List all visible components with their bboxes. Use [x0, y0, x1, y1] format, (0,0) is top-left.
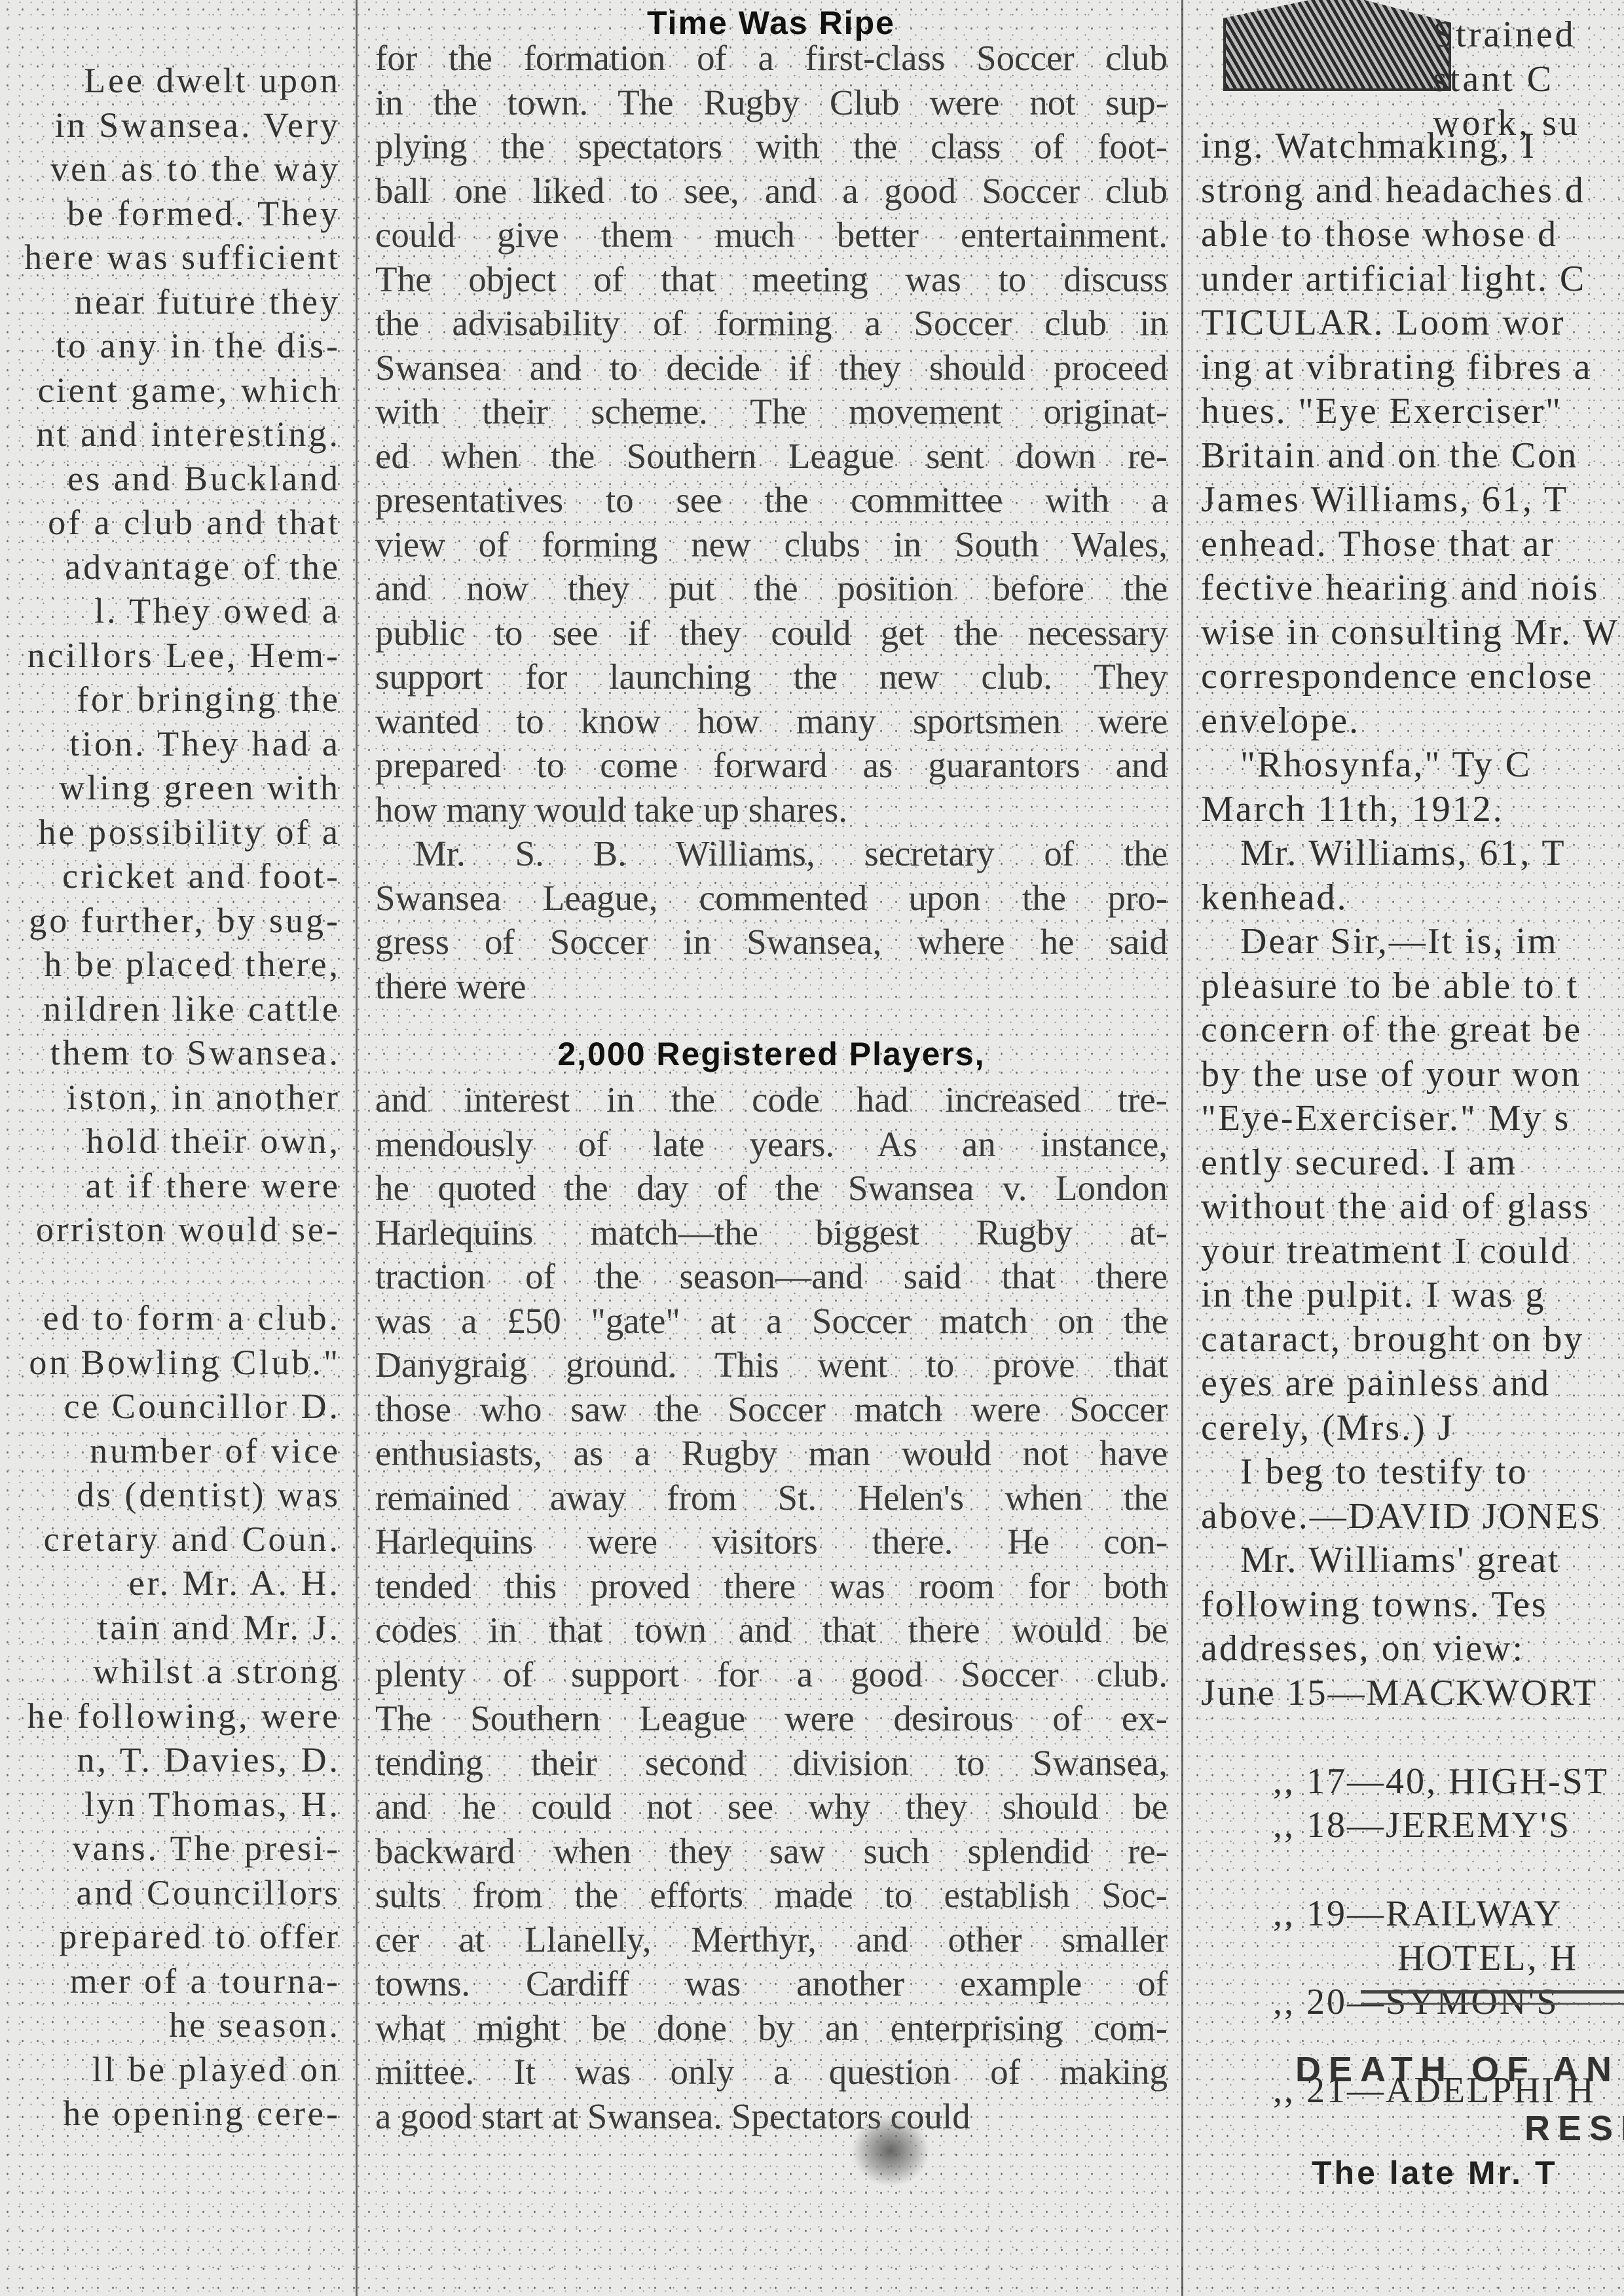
- text-line: tending their second division to Swansea…: [375, 1741, 1168, 1785]
- text-line: nildren like cattle: [0, 987, 341, 1032]
- text-line: those who saw the Soccer match were Socc…: [375, 1387, 1168, 1432]
- text-line: Mr. Williams, 61, T: [1201, 831, 1624, 876]
- text-line: fective hearing and nois: [1201, 566, 1624, 611]
- text-line: prepared to offer: [0, 1915, 341, 1959]
- text-line: following towns. Tes: [1201, 1583, 1624, 1628]
- text-line: h be placed there,: [0, 943, 341, 987]
- text-line: tion. They had a: [0, 722, 341, 767]
- text-line: concern of the great be: [1201, 1008, 1624, 1053]
- text-line: able to those whose d: [1201, 213, 1624, 257]
- text-line: ing at vibrating fibres a: [1201, 346, 1624, 390]
- paragraph-formation: for the formation of a first-class Socce…: [375, 36, 1168, 831]
- text-line: sults from the efforts made to establish…: [375, 1873, 1168, 1918]
- text-line: traction of the season—and said that the…: [375, 1254, 1168, 1299]
- text-line: mittee. It was only a question of making: [375, 2050, 1168, 2094]
- text-line: in the town. The Rugby Club were not sup…: [375, 81, 1168, 125]
- text-line: Mr. Williams' great: [1201, 1539, 1624, 1583]
- text-line: was a £50 "gate" at a Soccer match on th…: [375, 1299, 1168, 1343]
- text-line: and interest in the code had increased t…: [375, 1078, 1168, 1122]
- text-line: to any in the dis-: [0, 324, 341, 369]
- text-line: Lee dwelt upon: [0, 59, 341, 103]
- text-line: ,, 18—JEREMY'S: [1201, 1804, 1624, 1848]
- middle-column-text: for the formation of a first-class Socce…: [375, 36, 1168, 2138]
- text-line: cer at Llanelly, Merthyr, and other smal…: [375, 1918, 1168, 1962]
- text-line: ll be played on: [0, 2048, 341, 2092]
- text-line: es and Buckland: [0, 457, 341, 501]
- column-rule-right: [1181, 0, 1183, 2296]
- text-line: without the aid of glass: [1201, 1185, 1624, 1230]
- text-line: hold their own,: [0, 1120, 341, 1164]
- paragraph-williams: Mr. S. B. Williams, secretary of theSwan…: [375, 831, 1168, 1008]
- text-line: ds (dentist) was: [0, 1473, 341, 1518]
- text-line: there were: [375, 964, 1168, 1009]
- text-line: er. Mr. A. H.: [0, 1561, 341, 1606]
- text-line: and he could not see why they should be: [375, 1785, 1168, 1829]
- text-line: ,, 19—RAILWAY: [1201, 1892, 1624, 1937]
- text-line: could give them much better entertainmen…: [375, 213, 1168, 257]
- text-line: how many would take up shares.: [375, 788, 1168, 832]
- middle-column: Time Was Ripe for the formation of a fir…: [370, 0, 1172, 2296]
- text-line: what might be done by an enterprising co…: [375, 2006, 1168, 2050]
- text-line: advantage of the: [0, 545, 341, 590]
- text-line: ed when the Southern League sent down re…: [375, 434, 1168, 479]
- text-line: under artificial light. C: [1201, 257, 1624, 302]
- text-line: Danygraig ground. This went to prove tha…: [375, 1343, 1168, 1387]
- text-line: near future they: [0, 280, 341, 325]
- text-line: in Swansea. Very: [0, 103, 341, 148]
- text-line: a good start at Swansea. Spectators coul…: [375, 2094, 1168, 2139]
- text-line: mendously of late years. As an instance,: [375, 1122, 1168, 1167]
- text-line: for bringing the: [0, 678, 341, 722]
- text-line: Strained: [1433, 13, 1580, 58]
- text-line: hues. "Eye Exerciser": [1201, 390, 1624, 434]
- text-line: and now they put the position before the: [375, 566, 1168, 611]
- text-line: ncillors Lee, Hem-: [0, 634, 341, 678]
- text-line: [0, 1252, 341, 1297]
- text-line: backward when they saw such splendid re-: [375, 1829, 1168, 1874]
- text-line: your treatment I could: [1201, 1230, 1624, 1274]
- text-line: [1201, 1848, 1624, 1893]
- text-line: strong and headaches d: [1201, 169, 1624, 213]
- text-line: James Williams, 61, T: [1201, 478, 1624, 522]
- double-rule-divider: [1361, 1990, 1624, 2005]
- text-line: go further, by sug-: [0, 899, 341, 943]
- column-rule-left: [356, 0, 358, 2296]
- text-line: The Southern League were desirous of ex-: [375, 1696, 1168, 1741]
- text-line: plying the spectators with the class of …: [375, 124, 1168, 169]
- text-line: pleasure to be able to t: [1201, 964, 1624, 1009]
- text-line: ,, 17—40, HIGH-ST: [1201, 1760, 1624, 1804]
- text-line: remained away from St. Helen's when the: [375, 1476, 1168, 1520]
- text-line: the advisability of forming a Soccer clu…: [375, 301, 1168, 346]
- text-line: here was sufficient: [0, 236, 341, 280]
- text-line: wling green with: [0, 766, 341, 811]
- text-line: ce Councillor D.: [0, 1385, 341, 1429]
- text-line: vans. The presi-: [0, 1827, 341, 1871]
- text-line: Harlequins match—the biggest Rugby at-: [375, 1211, 1168, 1255]
- text-line: he following, were: [0, 1694, 341, 1739]
- text-line: Mr. S. B. Williams, secretary of the: [375, 831, 1168, 876]
- text-line: cricket and foot-: [0, 854, 341, 899]
- text-line: above.—DAVID JONES: [1201, 1495, 1624, 1539]
- text-line: Dear Sir,—It is, im: [1201, 920, 1624, 964]
- text-line: lyn Thomas, H.: [0, 1783, 341, 1827]
- paragraph-interest: and interest in the code had increased t…: [375, 1078, 1168, 2138]
- text-line: and Councillors: [0, 1871, 341, 1916]
- text-line: [1201, 1715, 1624, 1760]
- text-line: kenhead.: [1201, 876, 1624, 920]
- left-column: Lee dwelt uponin Swansea. Veryven as to …: [0, 0, 347, 2296]
- text-line: enhead. Those that ar: [1201, 522, 1624, 567]
- text-line: for the formation of a first-class Socce…: [375, 36, 1168, 81]
- text-line: at if there were: [0, 1164, 341, 1209]
- text-line: orriston would se-: [0, 1208, 341, 1252]
- text-line: in the pulpit. I was g: [1201, 1273, 1624, 1318]
- text-line: cerely, (Mrs.) J: [1201, 1406, 1624, 1451]
- right-column: Strainedstant Cwork, su ing. Watchmaking…: [1197, 0, 1624, 2296]
- text-line: Swansea League, commented upon the pro-: [375, 876, 1168, 920]
- text-line: with their scheme. The movement originat…: [375, 390, 1168, 434]
- text-line: enthusiasts, as a Rugby man would not ha…: [375, 1431, 1168, 1476]
- text-line: cretary and Coun.: [0, 1518, 341, 1562]
- text-line: l. They owed a: [0, 589, 341, 634]
- text-line: addresses, on view:: [1201, 1627, 1624, 1671]
- text-line: nt and interesting.: [0, 412, 341, 457]
- text-line: view of forming new clubs in South Wales…: [375, 522, 1168, 567]
- text-line: stant C: [1433, 58, 1580, 102]
- text-line: cataract, brought on by: [1201, 1318, 1624, 1362]
- text-line: tended this proved there was room for bo…: [375, 1564, 1168, 1609]
- left-column-text: Lee dwelt uponin Swansea. Veryven as to …: [0, 59, 341, 2136]
- text-line: ven as to the way: [0, 147, 341, 192]
- text-line: correspondence enclose: [1201, 655, 1624, 699]
- text-line: eyes are painless and: [1201, 1362, 1624, 1406]
- text-line: be formed. They: [0, 192, 341, 236]
- text-line: Harlequins were visitors there. He con-: [375, 1520, 1168, 1564]
- text-line: them to Swansea.: [0, 1031, 341, 1076]
- text-line: he quoted the day of the Swansea v. Lond…: [375, 1166, 1168, 1211]
- ink-smudge: [851, 2115, 930, 2187]
- text-line: presentatives to see the committee with …: [375, 478, 1168, 522]
- text-line: wise in consulting Mr. W: [1201, 611, 1624, 655]
- text-line: I beg to testify to: [1201, 1450, 1624, 1495]
- text-line: ed to form a club.: [0, 1296, 341, 1341]
- right-column-text: ing. Watchmaking, Istrong and headaches …: [1201, 124, 1624, 2113]
- subheading-registered-players: 2,000 Registered Players,: [375, 1034, 1168, 1074]
- text-line: n, T. Davies, D.: [0, 1738, 341, 1783]
- text-line: TICULAR. Loom wor: [1201, 301, 1624, 346]
- text-line: cient game, which: [0, 369, 341, 413]
- text-line: support for launching the new club. They: [375, 655, 1168, 699]
- text-line: wanted to know how many sportsmen were: [375, 699, 1168, 744]
- text-line: ball one liked to see, and a good Soccer…: [375, 169, 1168, 213]
- text-line: gress of Soccer in Swansea, where he sai…: [375, 920, 1168, 964]
- text-line: he opening cere-: [0, 2092, 341, 2136]
- text-line: mer of a tourna-: [0, 1959, 341, 2004]
- text-line: he possibility of a: [0, 811, 341, 855]
- woodcut-illustration-icon: [1223, 0, 1451, 91]
- text-line: March 11th, 1912.: [1201, 788, 1624, 832]
- text-line: tain and Mr. J.: [0, 1606, 341, 1650]
- text-line: whilst a strong: [0, 1650, 341, 1694]
- text-line: HOTEL, H: [1201, 1937, 1624, 1981]
- text-line: plenty of support for a good Soccer club…: [375, 1652, 1168, 1697]
- text-line: ently secured. I am: [1201, 1141, 1624, 1186]
- text-line: codes in that town and that there would …: [375, 1608, 1168, 1652]
- text-line: number of vice: [0, 1429, 341, 1474]
- death-headline-2: RESID: [1524, 2108, 1624, 2149]
- text-line: ing. Watchmaking, I: [1201, 124, 1624, 169]
- death-headline: DEATH OF AN: [1295, 2049, 1619, 2090]
- text-line: "Rhosynfa," Ty C: [1201, 743, 1624, 788]
- text-line: of a club and that: [0, 501, 341, 545]
- text-line: "Eye-Exerciser." My s: [1201, 1097, 1624, 1141]
- text-line: iston, in another: [0, 1076, 341, 1120]
- text-line: towns. Cardiff was another example of: [375, 1961, 1168, 2006]
- text-line: on Bowling Club.": [0, 1341, 341, 1385]
- text-line: by the use of your won: [1201, 1053, 1624, 1097]
- death-byline: The late Mr. T: [1312, 2154, 1558, 2192]
- text-line: Britain and on the Con: [1201, 434, 1624, 479]
- text-line: prepared to come forward as guarantors a…: [375, 743, 1168, 788]
- text-line: Swansea and to decide if they should pro…: [375, 346, 1168, 390]
- text-line: The object of that meeting was to discus…: [375, 257, 1168, 302]
- text-line: he season.: [0, 2003, 341, 2048]
- text-line: envelope.: [1201, 699, 1624, 744]
- text-line: public to see if they could get the nece…: [375, 611, 1168, 655]
- text-line: June 15—MACKWORT: [1201, 1671, 1624, 1716]
